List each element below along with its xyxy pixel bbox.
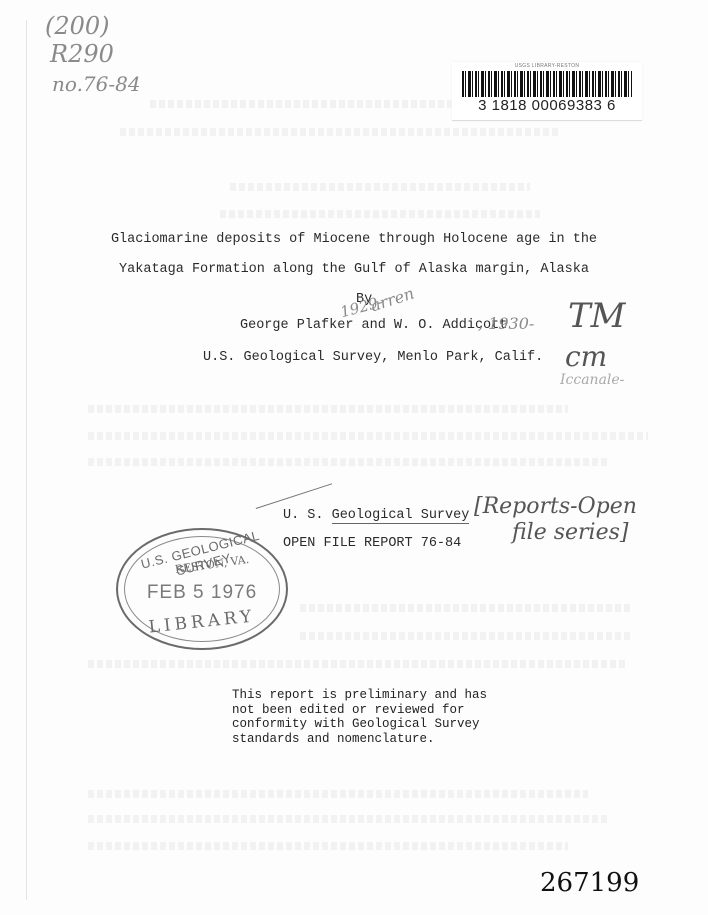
bleed-through-text bbox=[300, 604, 630, 612]
library-stamp: U.S. GEOLOGICAL SURVEY RESTON, VA. FEB 5… bbox=[116, 528, 288, 650]
bleed-through-text bbox=[88, 842, 568, 850]
library-barcode: USGS LIBRARY-RESTON 3 1818 00069383 6 bbox=[452, 62, 642, 121]
handwritten-author-year-2: , 1930- bbox=[478, 314, 534, 333]
handwritten-checkmark bbox=[248, 461, 332, 509]
barcode-number: 3 1818 00069383 6 bbox=[452, 97, 642, 114]
disclaimer-line: This report is preliminary and has bbox=[232, 688, 487, 703]
bleed-through-text bbox=[88, 405, 568, 413]
disclaimer-line: conformity with Geological Survey bbox=[232, 717, 487, 732]
bleed-through-text bbox=[230, 183, 530, 191]
barcode-bars bbox=[462, 71, 632, 97]
series-note-line-1: [Reports-Open bbox=[474, 494, 637, 520]
title-line-2: Yakataga Formation along the Gulf of Ala… bbox=[0, 262, 708, 277]
handwritten-series-note: [Reports-Open file series] bbox=[474, 494, 637, 546]
handwritten-call-number-3: no.76-84 bbox=[52, 72, 141, 96]
page-edge-line bbox=[26, 20, 27, 900]
handwritten-initials-cm: cm bbox=[565, 340, 607, 373]
handwritten-initials-tm: TM bbox=[568, 296, 626, 336]
handwritten-call-number-2: R290 bbox=[50, 40, 114, 68]
authors: George Plafker and W. O. Addicott bbox=[240, 318, 507, 333]
title-line-1: Glaciomarine deposits of Miocene through… bbox=[0, 232, 708, 247]
report-number: OPEN FILE REPORT 76-84 bbox=[283, 536, 461, 551]
bleed-through-text bbox=[300, 632, 630, 640]
disclaimer-line: not been edited or reviewed for bbox=[232, 703, 487, 718]
bleed-through-text bbox=[88, 660, 628, 668]
bleed-through-text bbox=[88, 815, 608, 823]
handwritten-accession-number: 267199 bbox=[540, 868, 639, 898]
publisher-text: U. S. Geological Survey bbox=[283, 508, 469, 524]
stamp-date: FEB 5 1976 bbox=[118, 582, 286, 604]
affiliation: U.S. Geological Survey, Menlo Park, Cali… bbox=[203, 350, 543, 365]
bleed-through-text bbox=[88, 458, 608, 466]
disclaimer-line: standards and nomenclature. bbox=[232, 732, 487, 747]
bleed-through-text bbox=[88, 432, 648, 440]
document-page: (200) R290 no.76-84 USGS LIBRARY-RESTON … bbox=[0, 0, 708, 915]
series-note-line-2: file series] bbox=[474, 520, 637, 546]
handwritten-note: Iccanale- bbox=[560, 372, 624, 388]
handwritten-call-number-1: (200) bbox=[45, 12, 110, 40]
barcode-library-label: USGS LIBRARY-RESTON bbox=[452, 63, 642, 69]
publisher: U. S. Geological Survey bbox=[283, 508, 469, 523]
publisher-underlined: Geological Survey bbox=[332, 508, 470, 524]
bleed-through-text bbox=[220, 210, 540, 218]
disclaimer-notice: This report is preliminary and has not b… bbox=[232, 688, 487, 746]
handwritten-author-name-note: arren bbox=[368, 284, 416, 316]
bleed-through-text bbox=[120, 128, 560, 136]
bleed-through-text bbox=[88, 790, 588, 798]
